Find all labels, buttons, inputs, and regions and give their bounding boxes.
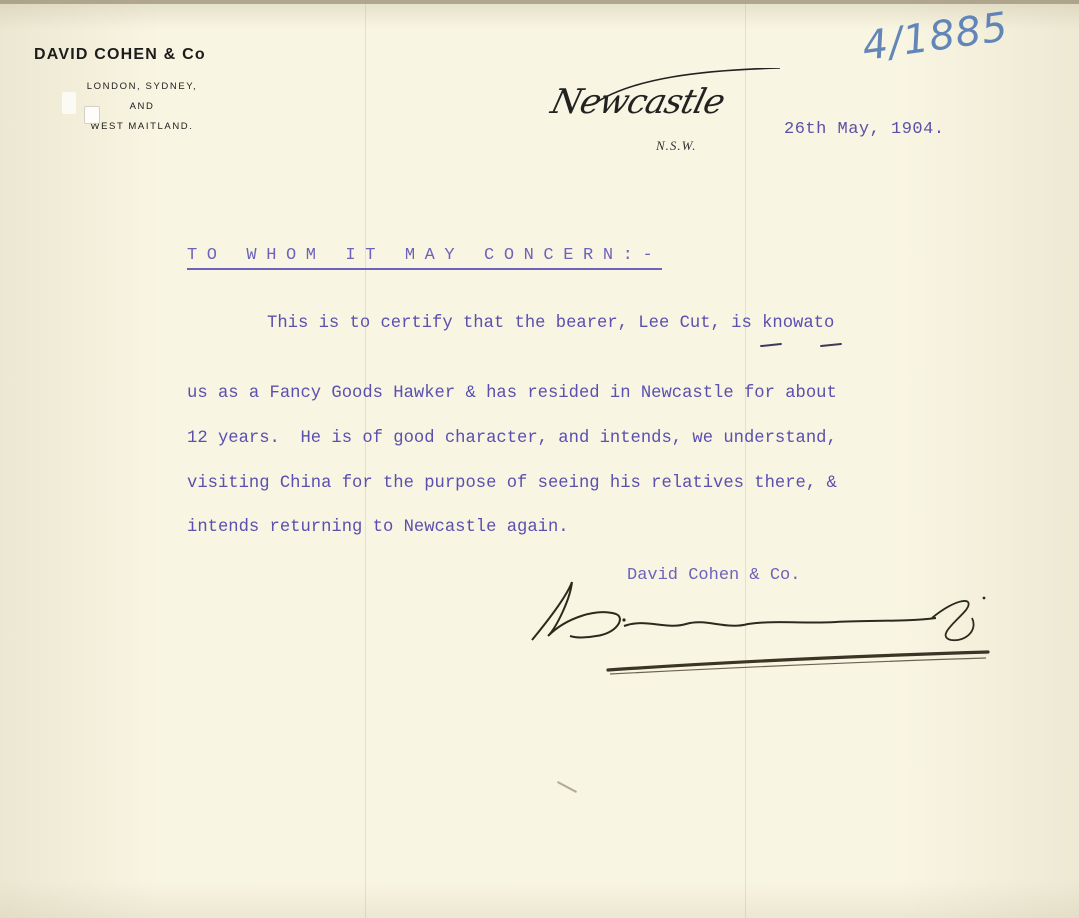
body-line-5: intends returning to Newcastle again. [187, 518, 569, 537]
place-city: Newcastle [547, 82, 728, 122]
paper-damage [84, 106, 100, 124]
place-heading: Newcastle N.S.W. [552, 82, 723, 122]
letterhead-locations: LONDON, SYDNEY, [34, 81, 250, 92]
salutation: TO WHOM IT MAY CONCERN:- [187, 246, 662, 270]
letterhead-west-maitland: WEST MAITLAND. [34, 121, 250, 132]
body-line-3: 12 years. He is of good character, and i… [187, 429, 837, 448]
paper-top-edge [0, 0, 1079, 4]
letterhead-company: DAVID COHEN & Co [34, 46, 274, 64]
letterhead: DAVID COHEN & Co LONDON, SYDNEY, AND WES… [34, 46, 274, 132]
paper-fold-line [365, 0, 366, 918]
paper-damage [62, 92, 76, 114]
body-line-2: us as a Fancy Goods Hawker & has resided… [187, 384, 837, 403]
place-state: N.S.W. [656, 138, 697, 154]
body-line-4: visiting China for the purpose of seeing… [187, 474, 837, 493]
handwritten-signature-icon [526, 578, 996, 678]
paper-fold-line [745, 0, 746, 918]
body-line-1: This is to certify that the bearer, Lee … [267, 314, 834, 333]
letter-date: 26th May, 1904. [784, 120, 945, 139]
